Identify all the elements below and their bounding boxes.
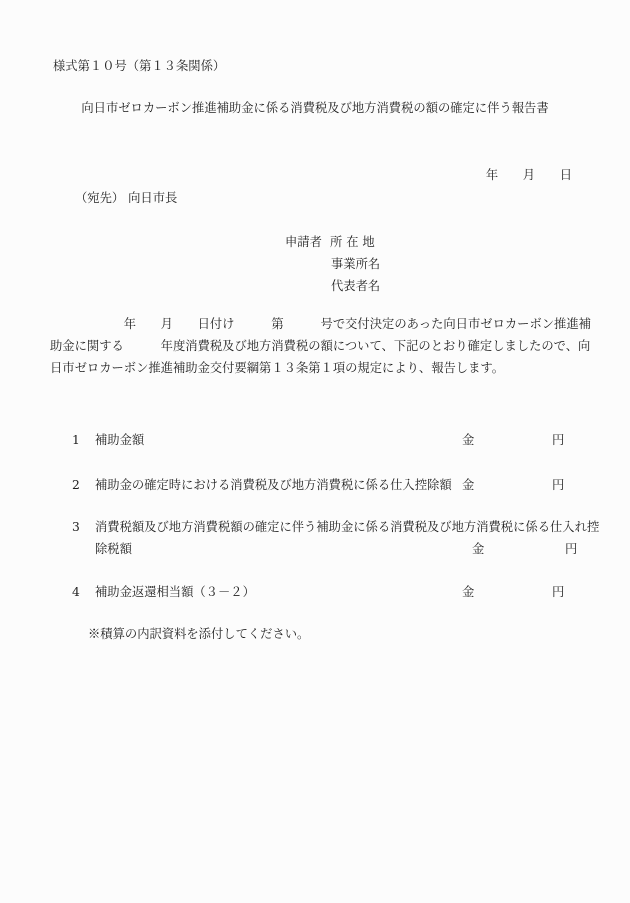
applicant-representative-label: 代表者名	[331, 278, 380, 295]
item-2-currency-suffix: 円	[552, 477, 564, 494]
item-2-label: 補助金の確定時における消費税及び地方消費税に係る仕入控除額	[95, 477, 452, 494]
item-4-label: 補助金返還相当額（３－２）	[95, 584, 255, 601]
applicant-office-label: 事業所名	[331, 256, 380, 273]
item-2-number: 2	[72, 477, 80, 494]
attachment-note: ※積算の内訳資料を添付してください。	[88, 626, 309, 643]
item-1-label: 補助金額	[95, 432, 144, 449]
applicant-address-label: 所 在 地	[330, 234, 375, 251]
date-blank-line: 年 月 日	[486, 167, 572, 184]
document-page: 様式第１０号（第１３条関係） 向日市ゼロカーボン推進補助金に係る消費税及び地方消…	[0, 0, 630, 903]
body-paragraph-line-1: 年 月 日付け 第 号で交付決定のあった向日市ゼロカーボン推進補	[50, 316, 591, 333]
item-1-currency-suffix: 円	[552, 432, 564, 449]
addressee: （宛先） 向日市長	[75, 190, 177, 207]
item-3-label-line-1: 消費税額及び地方消費税額の確定に伴う補助金に係る消費税及び地方消費税に係る仕入れ…	[95, 519, 599, 536]
item-4-currency-suffix: 円	[552, 584, 564, 601]
applicant-label: 申請者	[285, 234, 322, 251]
item-2-currency-prefix: 金	[462, 477, 474, 494]
form-number: 様式第１０号（第１３条関係）	[53, 58, 225, 75]
item-4-number: 4	[72, 584, 80, 601]
item-3-label-line-2: 除税額	[95, 541, 132, 558]
item-1-number: 1	[72, 432, 80, 449]
document-title: 向日市ゼロカーボン推進補助金に係る消費税及び地方消費税の額の確定に伴う報告書	[0, 100, 630, 117]
item-4-currency-prefix: 金	[462, 584, 474, 601]
item-1-currency-prefix: 金	[462, 432, 474, 449]
body-paragraph-line-2: 助金に関する 年度消費税及び地方消費税の額について、下記のとおり確定しましたので…	[50, 338, 590, 355]
item-3-currency-prefix: 金	[472, 541, 484, 558]
item-3-number: 3	[72, 519, 80, 536]
body-paragraph-line-3: 日市ゼロカーボン推進補助金交付要綱第１３条第１項の規定により、報告します。	[50, 360, 504, 377]
item-3-currency-suffix: 円	[565, 541, 577, 558]
